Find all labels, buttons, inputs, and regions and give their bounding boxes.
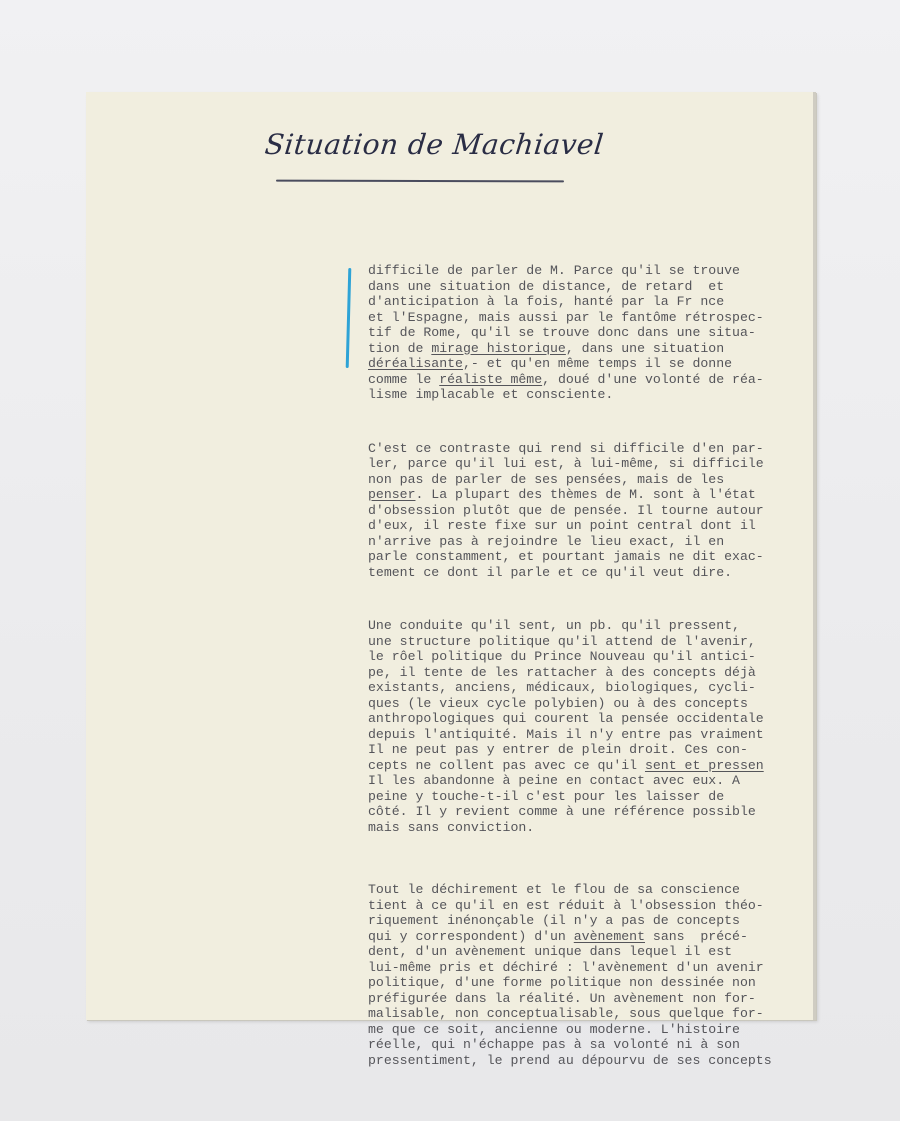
- text-line: Il ne peut pas y entrer de plein droit. …: [368, 742, 828, 758]
- text-line: n'arrive pas à rejoindre le lieu exact, …: [368, 534, 828, 550]
- text-segment: ,- et qu'en même temps il se donne: [463, 356, 732, 371]
- text-segment: non pas de parler de ses pensées, mais d…: [368, 472, 724, 487]
- text-line: Tout le déchirement et le flou de sa con…: [368, 882, 828, 898]
- text-segment: tion de: [368, 341, 431, 356]
- text-line: mais sans conviction.: [368, 820, 828, 836]
- text-segment: tient à ce qu'il en est réduit à l'obses…: [368, 898, 764, 913]
- text-segment: , doué d'une volonté de réa-: [542, 372, 764, 387]
- text-segment: n'arrive pas à rejoindre le lieu exact, …: [368, 534, 724, 549]
- text-line: C'est ce contraste qui rend si difficile…: [368, 441, 828, 457]
- text-segment: le rôel politique du Prince Nouveau qu'i…: [368, 649, 756, 664]
- text-line: lisme implacable et consciente.: [368, 387, 828, 403]
- text-segment: tement ce dont il parle et ce qu'il veut…: [368, 565, 732, 580]
- paragraph-1: difficile de parler de M. Parce qu'il se…: [368, 263, 828, 403]
- text-line: réelle, qui n'échappe pas à sa volonté n…: [368, 1037, 828, 1053]
- underlined-phrase: réaliste même: [439, 372, 542, 387]
- text-segment: pe, il tente de les rattacher à des conc…: [368, 665, 756, 680]
- text-line: non pas de parler de ses pensées, mais d…: [368, 472, 828, 488]
- typescript-body: difficile de parler de M. Parce qu'il se…: [368, 232, 828, 1084]
- text-segment: Tout le déchirement et le flou de sa con…: [368, 882, 740, 897]
- text-segment: Une conduite qu'il sent, un pb. qu'il pr…: [368, 618, 740, 633]
- text-line: une structure politique qu'il attend de …: [368, 634, 828, 650]
- handwritten-title: Situation de Machiavel: [263, 128, 605, 161]
- underlined-phrase: sent et pressen: [645, 758, 764, 773]
- text-segment: , dans une situation: [566, 341, 724, 356]
- text-line: lui-même pris et déchiré : l'avènement d…: [368, 960, 828, 976]
- text-line: comme le réaliste même, doué d'une volon…: [368, 372, 828, 388]
- text-segment: ques (le vieux cycle polybien) ou à des …: [368, 696, 748, 711]
- text-segment: qui y correspondent) d'un: [368, 929, 574, 944]
- text-line: tion de mirage historique, dans une situ…: [368, 341, 828, 357]
- text-line: le rôel politique du Prince Nouveau qu'i…: [368, 649, 828, 665]
- text-line: cepts ne collent pas avec ce qu'il sent …: [368, 758, 828, 774]
- text-line: riquement inénonçable (il n'y a pas de c…: [368, 913, 828, 929]
- text-line: anthropologiques qui courent la pensée o…: [368, 711, 828, 727]
- text-segment: riquement inénonçable (il n'y a pas de c…: [368, 913, 740, 928]
- text-segment: réelle, qui n'échappe pas à sa volonté n…: [368, 1037, 740, 1052]
- text-segment: d'obsession plutôt que de pensée. Il tou…: [368, 503, 764, 518]
- text-line: malisable, non conceptualisable, sous qu…: [368, 1006, 828, 1022]
- text-line: et l'Espagne, mais aussi par le fantôme …: [368, 310, 828, 326]
- text-segment: difficile de parler de M. Parce qu'il se…: [368, 263, 740, 278]
- text-segment: C'est ce contraste qui rend si difficile…: [368, 441, 764, 456]
- text-line: difficile de parler de M. Parce qu'il se…: [368, 263, 828, 279]
- text-line: parle constamment, et pourtant jamais ne…: [368, 549, 828, 565]
- text-line: d'anticipation à la fois, hanté par la F…: [368, 294, 828, 310]
- text-segment: politique, d'une forme politique non des…: [368, 975, 756, 990]
- text-line: qui y correspondent) d'un avènement sans…: [368, 929, 828, 945]
- text-line: peine y touche-t-il c'est pour les laiss…: [368, 789, 828, 805]
- text-segment: une structure politique qu'il attend de …: [368, 634, 756, 649]
- paragraph-4: Tout le déchirement et le flou de sa con…: [368, 882, 828, 1068]
- text-segment: lisme implacable et consciente.: [368, 387, 613, 402]
- text-segment: côté. Il y revient comme à une référence…: [368, 804, 756, 819]
- text-line: tement ce dont il parle et ce qu'il veut…: [368, 565, 828, 581]
- text-line: existants, anciens, médicaux, biologique…: [368, 680, 828, 696]
- text-line: côté. Il y revient comme à une référence…: [368, 804, 828, 820]
- text-line: pressentiment, le prend au dépourvu de s…: [368, 1053, 828, 1069]
- text-segment: tif de Rome, qu'il se trouve donc dans u…: [368, 325, 756, 340]
- underlined-phrase: mirage historique: [431, 341, 566, 356]
- text-line: pe, il tente de les rattacher à des conc…: [368, 665, 828, 681]
- text-segment: pressentiment, le prend au dépourvu de s…: [368, 1053, 772, 1068]
- text-segment: sans précé-: [645, 929, 748, 944]
- text-line: déréalisante,- et qu'en même temps il se…: [368, 356, 828, 372]
- text-segment: dent, d'un avènement unique dans lequel …: [368, 944, 732, 959]
- text-line: tient à ce qu'il en est réduit à l'obses…: [368, 898, 828, 914]
- text-segment: existants, anciens, médicaux, biologique…: [368, 680, 756, 695]
- underlined-phrase: déréalisante: [368, 356, 463, 371]
- text-segment: cepts ne collent pas avec ce qu'il: [368, 758, 645, 773]
- text-line: me que ce soit, ancienne ou moderne. L'h…: [368, 1022, 828, 1038]
- text-line: préfigurée dans la réalité. Un avènement…: [368, 991, 828, 1007]
- text-segment: lui-même pris et déchiré : l'avènement d…: [368, 960, 764, 975]
- text-segment: ler, parce qu'il lui est, à lui-même, si…: [368, 456, 764, 471]
- text-line: ler, parce qu'il lui est, à lui-même, si…: [368, 456, 828, 472]
- text-segment: depuis l'antiquité. Mais il n'y entre pa…: [368, 727, 764, 742]
- text-line: ques (le vieux cycle polybien) ou à des …: [368, 696, 828, 712]
- text-line: d'obsession plutôt que de pensée. Il tou…: [368, 503, 828, 519]
- text-segment: Il les abandonne à peine en contact avec…: [368, 773, 740, 788]
- text-line: penser. La plupart des thèmes de M. sont…: [368, 487, 828, 503]
- text-line: Une conduite qu'il sent, un pb. qu'il pr…: [368, 618, 828, 634]
- paragraph-2: C'est ce contraste qui rend si difficile…: [368, 441, 828, 581]
- text-segment: d'anticipation à la fois, hanté par la F…: [368, 294, 724, 309]
- text-segment: . La plupart des thèmes de M. sont à l'é…: [415, 487, 755, 502]
- text-line: dent, d'un avènement unique dans lequel …: [368, 944, 828, 960]
- text-segment: me que ce soit, ancienne ou moderne. L'h…: [368, 1022, 740, 1037]
- text-line: dans une situation de distance, de retar…: [368, 279, 828, 295]
- text-segment: Il ne peut pas y entrer de plein droit. …: [368, 742, 748, 757]
- text-segment: d'eux, il reste fixe sur un point centra…: [368, 518, 756, 533]
- text-line: politique, d'une forme politique non des…: [368, 975, 828, 991]
- text-segment: anthropologiques qui courent la pensée o…: [368, 711, 764, 726]
- text-segment: préfigurée dans la réalité. Un avènement…: [368, 991, 756, 1006]
- text-segment: dans une situation de distance, de retar…: [368, 279, 724, 294]
- underlined-phrase: avènement: [574, 929, 645, 944]
- text-segment: peine y touche-t-il c'est pour les laiss…: [368, 789, 724, 804]
- text-segment: mais sans conviction.: [368, 820, 534, 835]
- text-line: depuis l'antiquité. Mais il n'y entre pa…: [368, 727, 828, 743]
- text-segment: comme le: [368, 372, 439, 387]
- text-line: Il les abandonne à peine en contact avec…: [368, 773, 828, 789]
- text-segment: malisable, non conceptualisable, sous qu…: [368, 1006, 764, 1021]
- paragraph-3: Une conduite qu'il sent, un pb. qu'il pr…: [368, 618, 828, 835]
- text-line: d'eux, il reste fixe sur un point centra…: [368, 518, 828, 534]
- text-segment: et l'Espagne, mais aussi par le fantôme …: [368, 310, 764, 325]
- underlined-phrase: penser: [368, 487, 415, 502]
- text-segment: parle constamment, et pourtant jamais ne…: [368, 549, 764, 564]
- text-line: tif de Rome, qu'il se trouve donc dans u…: [368, 325, 828, 341]
